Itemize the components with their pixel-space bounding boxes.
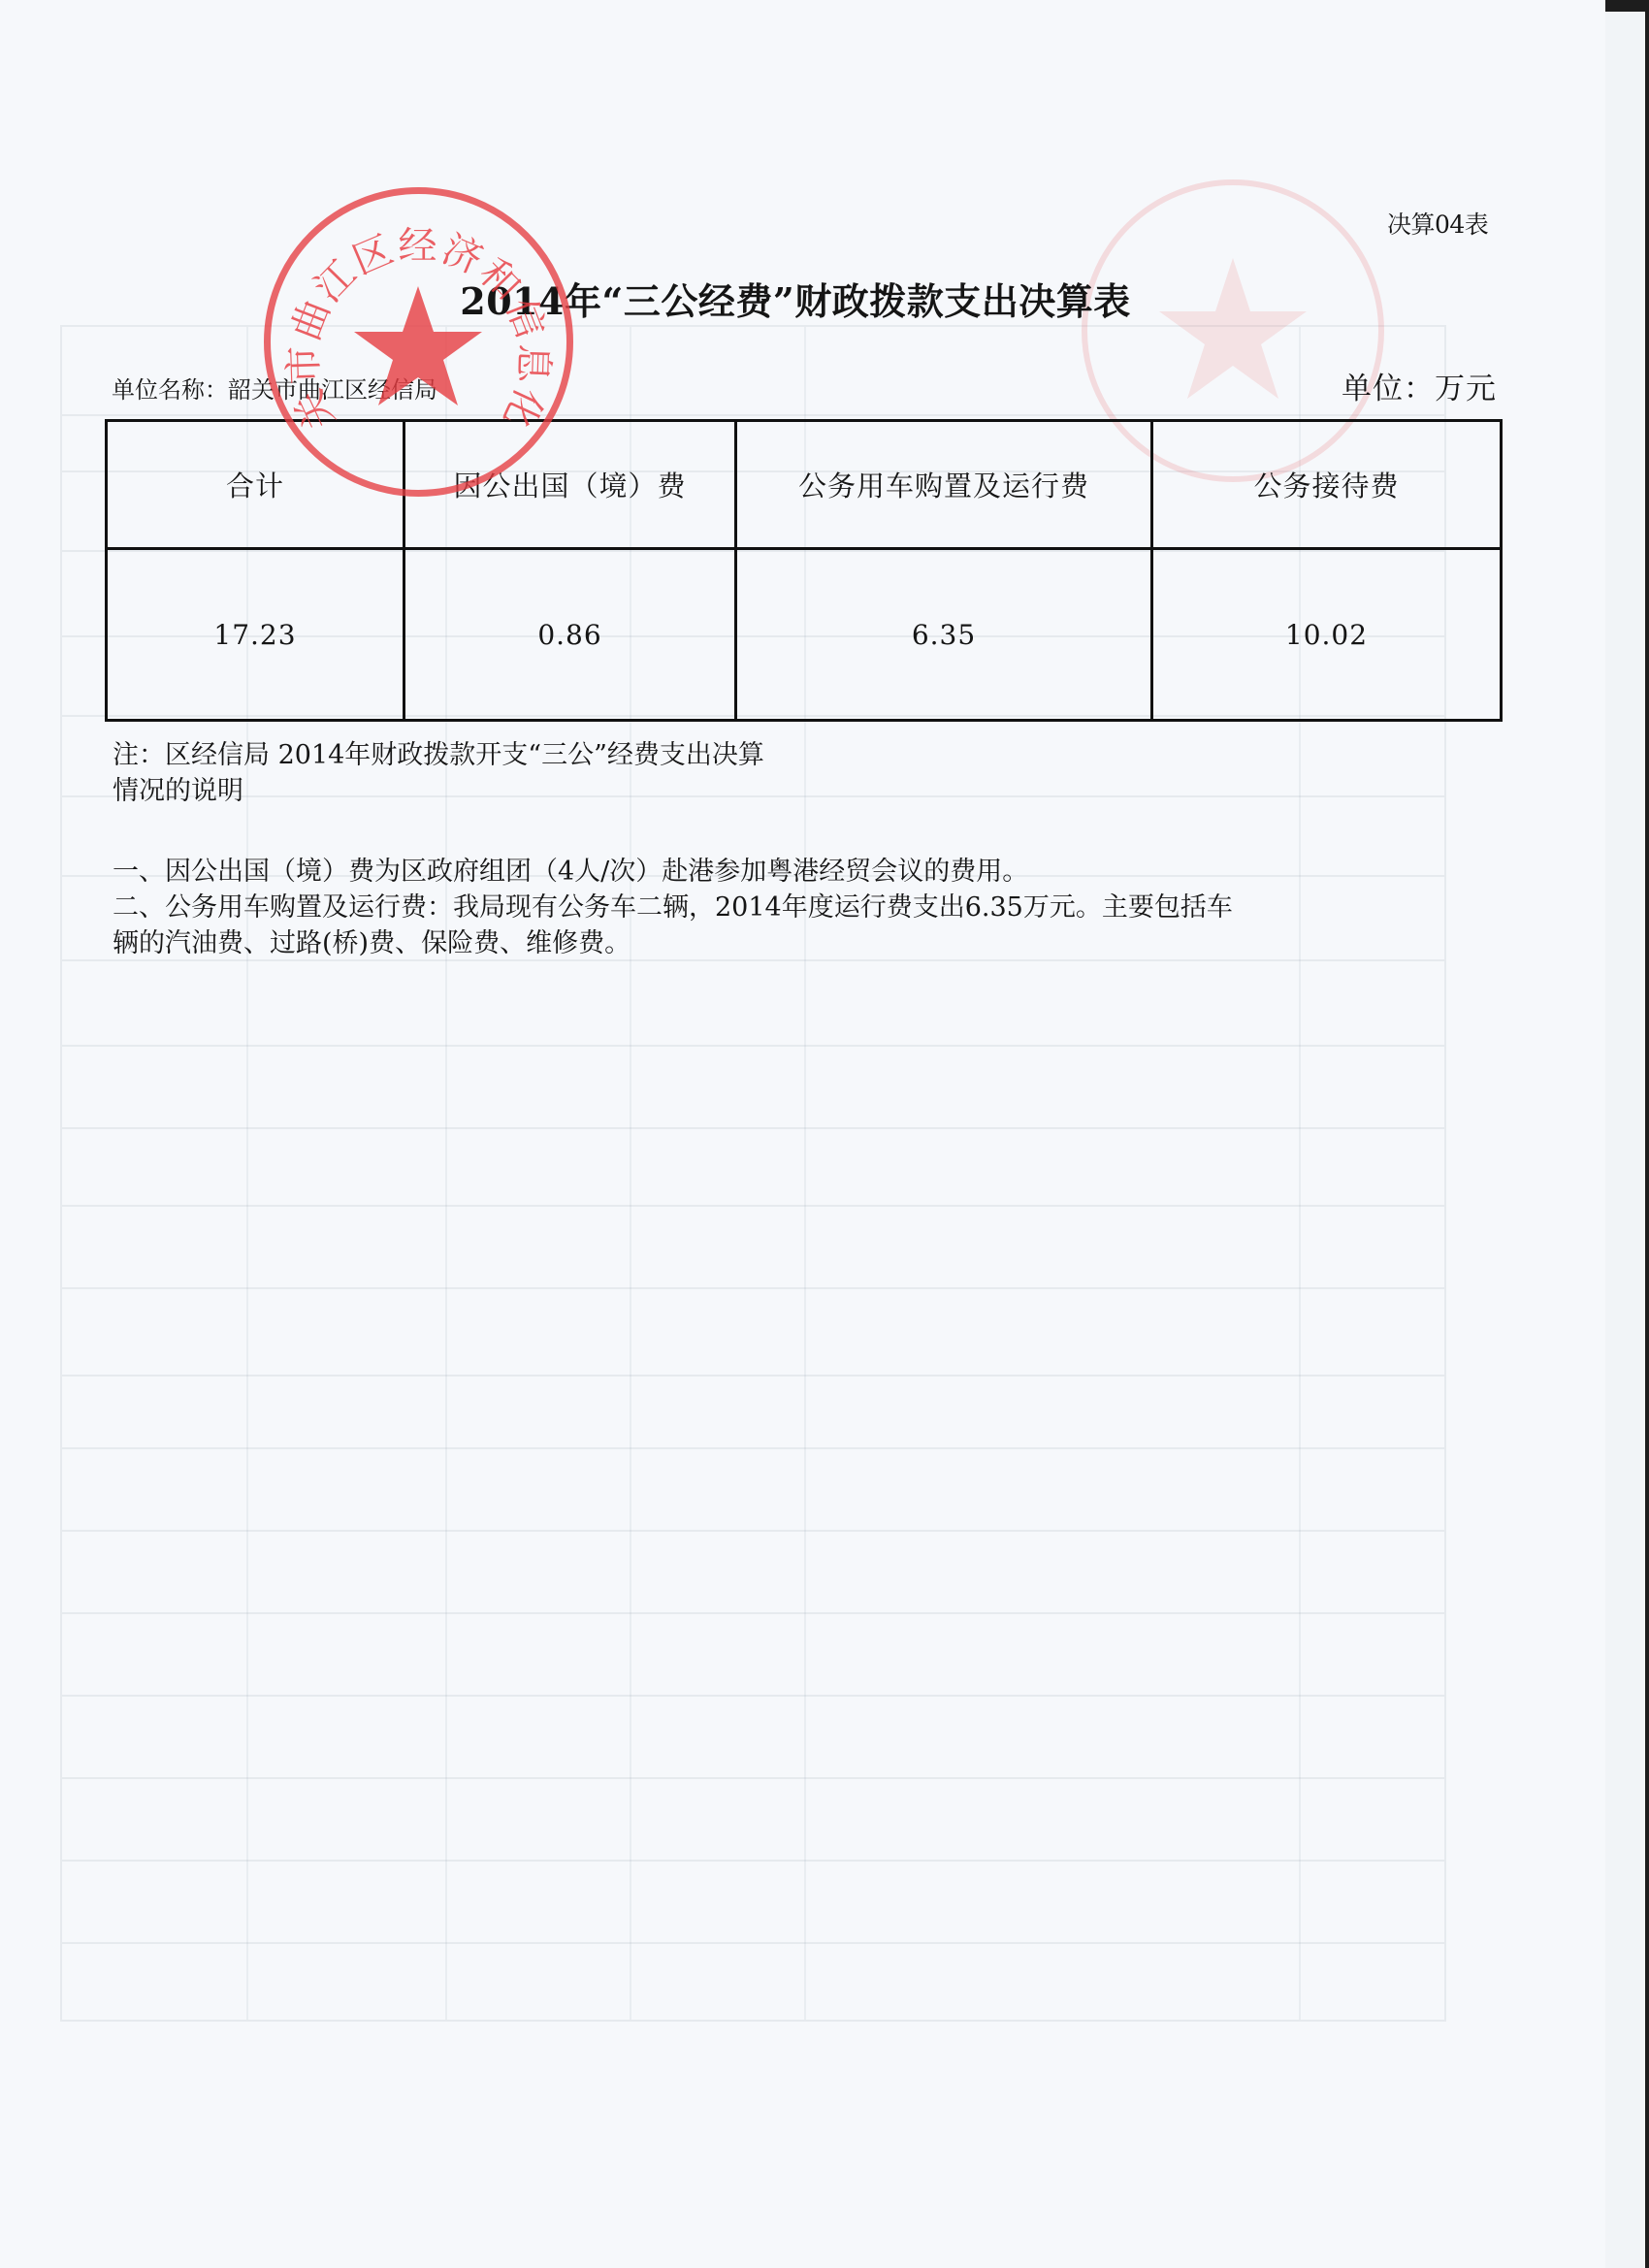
note-item-1: 一、因公出国（境）费为区政府组团（4人/次）赴港参加粤港经贸会议的费用。 (113, 854, 1509, 890)
form-code: 决算04表 (1387, 206, 1488, 241)
org-label: 单位名称： (112, 376, 228, 404)
notes-heading-line1: 注：区经信局 2014年财政拨款开支“三公”经费支出决算 (113, 737, 1509, 773)
notes-section: 注：区经信局 2014年财政拨款开支“三公”经费支出决算 情况的说明 一、因公出… (113, 737, 1509, 961)
star-icon (354, 286, 482, 405)
official-seal: 韶关市曲江区经济和信息化局 (264, 187, 573, 497)
scanned-page: 决算04表 2014年“三公经费”财政拨款支出决算表 单位名称：韶关市曲江区经信… (0, 0, 1607, 2268)
svg-text:韶关市曲江区经济和信息化局: 韶关市曲江区经济和信息化局 (250, 159, 556, 437)
header-reception: 公务接待费 (1152, 421, 1502, 549)
note-item-2-line2: 辆的汽油费、过路(桥)费、保险费、维修费。 (113, 925, 1509, 961)
scanner-edge-dark (1645, 0, 1649, 2268)
cell-total: 17.23 (107, 549, 404, 721)
unit-label: 单位：万元 (1342, 364, 1497, 407)
cell-reception: 10.02 (1152, 549, 1502, 721)
seal-graphic: 韶关市曲江区经济和信息化局 (271, 194, 566, 490)
scanner-edge-top (1605, 0, 1649, 12)
cell-overseas: 0.86 (404, 549, 736, 721)
scanner-edge (1605, 12, 1644, 2268)
cell-vehicle: 6.35 (736, 549, 1152, 721)
notes-heading-line2: 情况的说明 (113, 773, 1509, 809)
page-title: 2014年“三公经费”财政拨款支出决算表 (0, 272, 1591, 325)
seal-text: 韶关市曲江区经济和信息化局 (250, 159, 556, 437)
note-item-2-line1: 二、公务用车购置及运行费：我局现有公务车二辆，2014年度运行费支出6.35万元… (113, 890, 1509, 925)
header-vehicle: 公务用车购置及运行费 (736, 421, 1152, 549)
table-row: 17.23 0.86 6.35 10.02 (107, 549, 1502, 721)
